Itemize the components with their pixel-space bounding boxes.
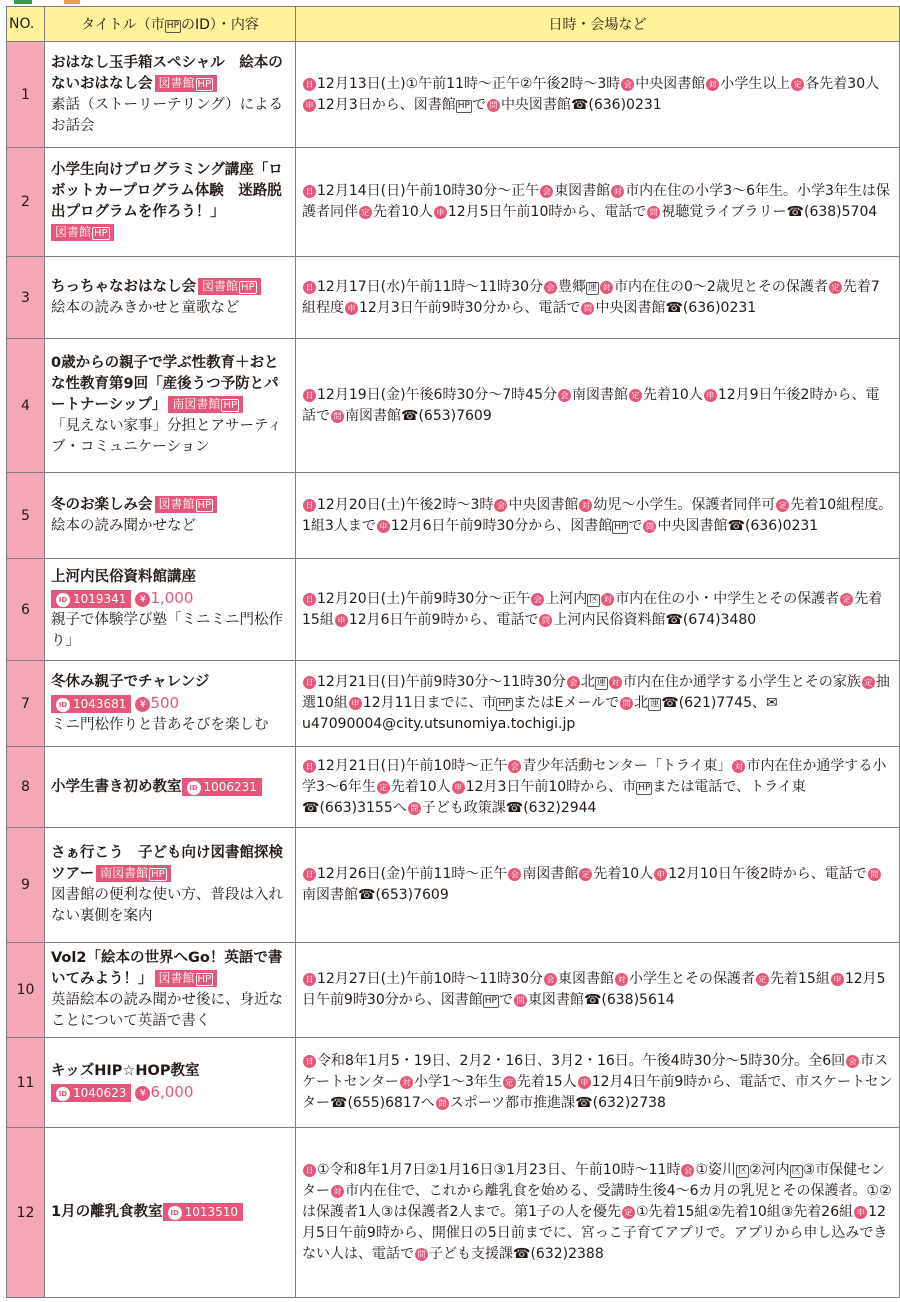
inquiry-text: 南図書館 xyxy=(302,887,358,903)
table-row: 1 おはなし玉手箱スペシャル 絵本のないおはなし会図書館HP 素話（ストーリーテ… xyxy=(7,42,900,148)
target-icon: 対 xyxy=(611,185,624,198)
apply-icon: 申 xyxy=(377,520,390,533)
date-icon: 日 xyxy=(303,281,316,294)
row-title-cell: 0歳からの親子で学ぶ性教育＋おとな性教育第9回「産後うつ予防とパートナーシップ」… xyxy=(45,339,296,473)
inquiry-icon: 問 xyxy=(620,697,633,710)
community-center-icon: 運 xyxy=(648,698,661,711)
row-info-cell: 日12月14日(日)午前10時30分～正午会東図書館対市内在住の小学3～6年生。… xyxy=(296,148,900,257)
inquiry-text: 東図書館 xyxy=(528,992,584,1008)
phone-icon: ☎ xyxy=(513,1246,530,1262)
venue-text: 東図書館 xyxy=(558,971,614,987)
events-table: NO. タイトル（市HPのID）・内容 日時・会場など 1 おはなし玉手箱スペシ… xyxy=(6,6,900,1298)
row-title-cell: キッズHIP☆HOP教室 ID1040623¥6,000 xyxy=(45,1038,296,1128)
date-text: ①令和8年1月7日②1月16日③1月23日、午前10時～11時 xyxy=(317,1162,680,1178)
row-info-cell: 日12月17日(水)午前11時～11時30分会豊郷運対市内在住の0～2歳児とその… xyxy=(296,257,900,339)
inquiry-text: 上河内民俗資料館 xyxy=(553,612,665,628)
orange-tab-marker xyxy=(64,0,80,4)
row-number: 2 xyxy=(7,148,45,257)
yen-icon: ¥ xyxy=(135,592,150,607)
target-icon: 対 xyxy=(601,593,614,606)
id-number: 1006231 xyxy=(204,780,257,794)
community-center-icon: 運 xyxy=(595,677,608,690)
capacity-icon: 定 xyxy=(829,281,842,294)
apply-text: 12月3日から、図書館 xyxy=(317,97,456,113)
badge-label: 南図書館 xyxy=(172,397,220,411)
event-title: ちっちゃなおはなし会 xyxy=(51,279,196,295)
event-description: 図書館の便利な使い方、普段は入れない裏側を案内 xyxy=(51,887,283,924)
capacity-text: 各先着30人 xyxy=(805,76,879,92)
row-title-cell: 1月の離乳食教室ID1013510 xyxy=(45,1128,296,1298)
hp-icon: HP xyxy=(92,227,110,240)
capacity-icon: 定 xyxy=(776,499,789,512)
venue-text: ②河内 xyxy=(749,1162,790,1178)
apply-text: またはEメールで xyxy=(513,695,620,711)
event-title: キッズHIP☆HOP教室 xyxy=(51,1063,199,1079)
date-icon: 日 xyxy=(303,676,316,689)
header-title-text: タイトル（市 xyxy=(81,17,165,33)
venue-icon: 会 xyxy=(540,185,553,198)
inquiry-icon: 問 xyxy=(647,206,660,219)
id-number: 1019341 xyxy=(73,592,126,606)
row-number: 4 xyxy=(7,339,45,473)
venue-text: 東図書館 xyxy=(554,183,610,199)
date-icon: 日 xyxy=(303,499,316,512)
row-title-cell: ちっちゃなおはなし会図書館HP 絵本の読みきかせと童歌など xyxy=(45,257,296,339)
target-icon: 対 xyxy=(400,1076,413,1089)
row-number: 5 xyxy=(7,473,45,559)
header-title-text: のID）・内容 xyxy=(181,17,259,33)
district-office-icon: 区 xyxy=(736,1165,749,1178)
phone-number: (653)7609 xyxy=(375,887,448,903)
district-office-icon: 区 xyxy=(790,1165,803,1178)
target-icon: 対 xyxy=(732,760,745,773)
apply-text: で xyxy=(628,518,642,534)
table-row: 11 キッズHIP☆HOP教室 ID1040623¥6,000 日令和8年1月5… xyxy=(7,1038,900,1128)
inquiry-icon: 問 xyxy=(581,302,594,315)
date-text: 12月20日(土)午後2時～3時 xyxy=(317,497,493,513)
date-text: 12月21日(日)午前10時～正午 xyxy=(317,758,507,774)
venue-icon: 会 xyxy=(544,281,557,294)
title-part: キッズ xyxy=(51,1063,94,1079)
row-number: 7 xyxy=(7,661,45,747)
hp-icon: HP xyxy=(456,100,472,113)
library-hp-badge[interactable]: 南図書館HP xyxy=(96,865,171,882)
venue-icon: 会 xyxy=(544,973,557,986)
title-part: HOP xyxy=(135,1063,170,1079)
capacity-text: 先着15組 xyxy=(770,971,830,987)
event-description: 英語絵本の読み聞かせ後に、身近なことについて英語で書く xyxy=(51,992,283,1029)
table-row: 2 小学生向けプログラミング講座「ロボットカープログラム体験 迷路脱出プログラム… xyxy=(7,148,900,257)
row-title-cell: さぁ行こう 子ども向け図書館探検ツアー南図書館HP 図書館の便利な使い方、普段は… xyxy=(45,828,296,943)
phone-number: (653)7609 xyxy=(418,408,491,424)
hp-icon: HP xyxy=(149,868,167,881)
hp-icon: HP xyxy=(483,995,499,1008)
id-number: 1013510 xyxy=(185,1205,238,1219)
venue-text: 中央図書館 xyxy=(508,497,578,513)
inquiry-icon: 問 xyxy=(514,994,527,1007)
apply-icon: 申 xyxy=(578,1076,591,1089)
phone-icon: ☎ xyxy=(571,97,588,113)
venue-text: ①姿川 xyxy=(695,1162,736,1178)
capacity-icon: 定 xyxy=(840,593,853,606)
capacity-icon: 定 xyxy=(503,1076,516,1089)
phone-icon: ☎ xyxy=(575,1095,592,1111)
district-office-icon: 区 xyxy=(587,594,600,607)
phone-number: (636)0231 xyxy=(745,518,818,534)
capacity-icon: 定 xyxy=(359,206,372,219)
id-icon: ID xyxy=(56,698,70,712)
phone-number: (638)5614 xyxy=(601,992,674,1008)
library-hp-badge[interactable]: 図書館HP xyxy=(198,278,261,295)
event-description: 「見えない家事」分担とアサーティブ・コミュニケーション xyxy=(51,418,282,455)
phone-number: (621)7745、 xyxy=(679,695,766,711)
id-icon: ID xyxy=(168,1206,182,1220)
venue-text: 豊郷 xyxy=(558,279,586,295)
apply-icon: 申 xyxy=(434,206,447,219)
apply-icon: 申 xyxy=(704,389,717,402)
apply-text: または電話で、トライ東 xyxy=(652,779,805,795)
target-text: 小学生とその保護者 xyxy=(629,971,755,987)
inquiry-icon: 問 xyxy=(539,614,552,627)
row-number: 11 xyxy=(7,1038,45,1128)
title-part: Vol2「絵本の世界へ xyxy=(51,950,188,966)
table-row: 5 冬のお楽しみ会図書館HP 絵本の読み聞かせなど 日12月20日(土)午後2時… xyxy=(7,473,900,559)
date-icon: 日 xyxy=(303,868,316,881)
event-title: 0歳からの親子で学ぶ性教育＋おとな性教育第9回「産後うつ予防とパートナーシップ」 xyxy=(51,355,279,413)
library-hp-badge[interactable]: 図書館HP xyxy=(155,496,218,513)
title-part: HIP xyxy=(94,1063,122,1079)
target-icon: 対 xyxy=(331,1185,344,1198)
capacity-text: 先着15人 xyxy=(517,1074,577,1090)
venue-icon: 会 xyxy=(508,868,521,881)
event-title: 上河内民俗資料館講座 xyxy=(51,569,196,585)
row-number: 9 xyxy=(7,828,45,943)
table-row: 7 冬休み親子でチャレンジ ID1043681¥500 ミニ門松作りと昔あそびを… xyxy=(7,661,900,747)
inquiry-text: 子ども政策課 xyxy=(422,800,506,816)
fee-amount: 500 xyxy=(150,694,179,712)
event-description: 素話（ストーリーテリング）によるお話会 xyxy=(51,97,283,134)
apply-icon: 申 xyxy=(335,614,348,627)
phone-icon: ☎ xyxy=(358,887,375,903)
row-title-cell: 冬休み親子でチャレンジ ID1043681¥500 ミニ門松作りと昔あそびを楽し… xyxy=(45,661,296,747)
hp-icon: HP xyxy=(496,698,512,711)
capacity-text: 先着10人 xyxy=(373,204,433,220)
city-hp-id-badge[interactable]: ID1006231 xyxy=(182,778,262,796)
apply-icon: 申 xyxy=(345,302,358,315)
row-title-cell: 冬のお楽しみ会図書館HP 絵本の読み聞かせなど xyxy=(45,473,296,559)
venue-icon: 会 xyxy=(846,1055,859,1068)
capacity-icon: 定 xyxy=(377,781,390,794)
yen-icon: ¥ xyxy=(135,1086,150,1101)
date-icon: 日 xyxy=(303,1055,316,1068)
row-title-cell: 上河内民俗資料館講座 ID1019341¥1,000 親子で体験学び塾「ミニミニ… xyxy=(45,559,296,661)
date-text: 令和8年1月5・19日、2月2・16日、3月2・16日。午後4時30分～5時30… xyxy=(317,1053,845,1069)
inquiry-text: 視聴覚ライブラリー xyxy=(661,204,786,220)
fee: ¥6,000 xyxy=(135,1083,193,1101)
library-hp-badge[interactable]: 図書館HP xyxy=(51,224,114,241)
hp-icon: HP xyxy=(196,973,214,986)
star-icon: ☆ xyxy=(122,1063,135,1079)
phone-number: (632)2388 xyxy=(530,1246,603,1262)
row-number: 1 xyxy=(7,42,45,148)
phone-number: (632)2738 xyxy=(593,1095,666,1111)
capacity-icon: 定 xyxy=(629,389,642,402)
table-row: 8 小学生書き初め教室ID1006231 日12月21日(日)午前10時～正午会… xyxy=(7,747,900,828)
table-row: 6 上河内民俗資料館講座 ID1019341¥1,000 親子で体験学び塾「ミニ… xyxy=(7,559,900,661)
venue-icon: 会 xyxy=(494,499,507,512)
venue-text: 南図書館 xyxy=(572,387,628,403)
venue-text: 南図書館 xyxy=(522,866,578,882)
date-text: 12月13日(土)①午前11時～正午②午後2時～3時 xyxy=(317,76,620,92)
target-text: 市内在住の小・中学生とその保護者 xyxy=(615,591,839,607)
capacity-icon: 定 xyxy=(622,1206,635,1219)
event-description: 絵本の読み聞かせなど xyxy=(51,518,196,534)
row-info-cell: 日12月26日(金)午前11時～正午会南図書館定先着10人申12月10日午後2時… xyxy=(296,828,900,943)
badge-label: 南図書館 xyxy=(100,866,148,880)
event-title: 小学生向けプログラミング講座「ロボットカープログラム体験 迷路脱出プログラムを作… xyxy=(51,162,283,220)
inquiry-text: 子ども支援課 xyxy=(429,1246,513,1262)
date-text: 12月21日(日)午前9時30分～11時30分 xyxy=(317,674,566,690)
table-row: 12 1月の離乳食教室ID1013510 日①令和8年1月7日②1月16日③1月… xyxy=(7,1128,900,1298)
date-text: 12月19日(金)午後6時30分～7時45分 xyxy=(317,387,557,403)
event-description: 親子で体験学び塾「ミニミニ門松作り」 xyxy=(51,612,283,649)
green-tab-marker xyxy=(14,0,32,4)
hp-icon: HP xyxy=(636,782,652,795)
badge-label: 図書館 xyxy=(159,76,195,90)
date-icon: 日 xyxy=(303,973,316,986)
event-title: 冬休み親子でチャレンジ xyxy=(51,674,209,690)
capacity-text: 先着10人 xyxy=(593,866,653,882)
venue-icon: 会 xyxy=(681,1164,694,1177)
row-number: 10 xyxy=(7,943,45,1038)
library-hp-badge[interactable]: 図書館HP xyxy=(155,75,218,92)
target-icon: 対 xyxy=(609,676,622,689)
venue-icon: 会 xyxy=(558,389,571,402)
hp-icon: HP xyxy=(196,78,214,91)
date-icon: 日 xyxy=(303,389,316,402)
target-text: 市内在住の0～2歳児とその保護者 xyxy=(614,279,828,295)
badge-label: 図書館 xyxy=(159,971,195,985)
inquiry-text: 北 xyxy=(634,695,648,711)
header-info: 日時・会場など xyxy=(296,7,900,42)
capacity-text: 先着10人 xyxy=(643,387,703,403)
venue-icon: 会 xyxy=(567,676,580,689)
date-text: 12月20日(土)午前9時30分～正午 xyxy=(317,591,530,607)
capacity-icon: 定 xyxy=(791,78,804,91)
table-header-row: NO. タイトル（市HPのID）・内容 日時・会場など xyxy=(7,7,900,42)
venue-text: 北 xyxy=(581,674,595,690)
id-icon: ID xyxy=(56,1087,70,1101)
row-title-cell: Vol2「絵本の世界へGo！英語で書いてみよう！」図書館HP 英語絵本の読み聞か… xyxy=(45,943,296,1038)
table-row: 10 Vol2「絵本の世界へGo！英語で書いてみよう！」図書館HP 英語絵本の読… xyxy=(7,943,900,1038)
inquiry-icon: 問 xyxy=(331,410,344,423)
apply-icon: 申 xyxy=(452,781,465,794)
target-text: 幼児～小学生。保護者同伴可 xyxy=(593,497,775,513)
phone-icon: ☎ xyxy=(661,695,678,711)
target-text: 市内在住か通学する小学生とその家族 xyxy=(623,674,861,690)
hp-icon: HP xyxy=(239,281,257,294)
row-info-cell: 日12月19日(金)午後6時30分～7時45分会南図書館定先着10人申12月9日… xyxy=(296,339,900,473)
apply-text: 12月11日までに、市 xyxy=(363,695,497,711)
title-part: Go xyxy=(188,950,210,966)
venue-icon: 会 xyxy=(621,78,634,91)
phone-number: (663)3155へ xyxy=(319,800,406,816)
phone-number: (636)0231 xyxy=(588,97,661,113)
email-link[interactable]: u47090004@city.utsunomiya.tochigi.jp xyxy=(302,716,575,732)
table-row: 9 さぁ行こう 子ども向け図書館探検ツアー南図書館HP 図書館の便利な使い方、普… xyxy=(7,828,900,943)
apply-icon: 申 xyxy=(654,868,667,881)
apply-text: 12月6日午前9時から、電話で xyxy=(349,612,539,628)
apply-text: 12月5日午前10時から、電話で xyxy=(448,204,647,220)
city-hp-id-badge[interactable]: ID1013510 xyxy=(163,1203,243,1221)
row-info-cell: 日12月27日(土)午前10時～11時30分会東図書館対小学生とその保護者定先着… xyxy=(296,943,900,1038)
capacity-icon: 定 xyxy=(862,676,875,689)
apply-text: 12月3日午前10時から、市 xyxy=(466,779,637,795)
header-title: タイトル（市HPのID）・内容 xyxy=(45,7,296,42)
date-text: 12月27日(土)午前10時～11時30分 xyxy=(317,971,543,987)
event-title: 小学生書き初め教室 xyxy=(51,779,182,795)
phone-number: (655)6817へ xyxy=(347,1095,434,1111)
row-info-cell: 日令和8年1月5・19日、2月2・16日、3月2・16日。午後4時30分～5時3… xyxy=(296,1038,900,1128)
event-description: ミニ門松作りと昔あそびを楽しむ xyxy=(51,717,269,733)
row-info-cell: 日12月13日(土)①午前11時～正午②午後2時～3時会中央図書館対小学生以上定… xyxy=(296,42,900,148)
inquiry-icon: 問 xyxy=(415,1248,428,1261)
hp-icon: HP xyxy=(196,499,214,512)
phone-icon: ☎ xyxy=(665,612,682,628)
capacity-icon: 定 xyxy=(579,868,592,881)
row-title-cell: 小学生書き初め教室ID1006231 xyxy=(45,747,296,828)
date-text: 12月26日(金)午前11時～正午 xyxy=(317,866,507,882)
date-icon: 日 xyxy=(303,760,316,773)
yen-icon: ¥ xyxy=(135,697,150,712)
inquiry-icon: 問 xyxy=(487,99,500,112)
city-hp-id-badge[interactable]: ID1019341 xyxy=(51,590,131,608)
target-icon: 対 xyxy=(706,78,719,91)
id-icon: ID xyxy=(187,781,201,795)
date-icon: 日 xyxy=(303,593,316,606)
apply-icon: 申 xyxy=(349,697,362,710)
id-number: 1040623 xyxy=(73,1086,126,1100)
badge-label: 図書館 xyxy=(202,279,238,293)
venue-text: 青少年活動センター「トライ東」 xyxy=(522,758,731,774)
apply-text: で xyxy=(499,992,513,1008)
library-hp-badge[interactable]: 図書館HP xyxy=(155,970,218,987)
apply-icon: 申 xyxy=(854,1206,867,1219)
apply-text: 12月10日午後2時から、電話で xyxy=(668,866,867,882)
city-hp-id-badge[interactable]: ID1040623 xyxy=(51,1084,131,1102)
hp-icon: HP xyxy=(165,20,181,33)
inquiry-icon: 問 xyxy=(868,868,881,881)
id-icon: ID xyxy=(56,593,70,607)
venue-icon: 会 xyxy=(531,593,544,606)
apply-icon: 申 xyxy=(303,99,316,112)
date-icon: 日 xyxy=(303,1164,316,1177)
inquiry-text: 中央図書館 xyxy=(657,518,727,534)
row-number: 8 xyxy=(7,747,45,828)
event-title: 1月の離乳食教室 xyxy=(51,1204,163,1220)
inquiry-text: 中央図書館 xyxy=(595,300,665,316)
capacity-text: ①先着15組②先着10組③先着26組 xyxy=(636,1204,853,1220)
row-number: 3 xyxy=(7,257,45,339)
mail-icon: ✉ xyxy=(766,695,778,711)
row-title-cell: おはなし玉手箱スペシャル 絵本のないおはなし会図書館HP 素話（ストーリーテリン… xyxy=(45,42,296,148)
table-row: 3 ちっちゃなおはなし会図書館HP 絵本の読みきかせと童歌など 日12月17日(… xyxy=(7,257,900,339)
phone-icon: ☎ xyxy=(506,800,523,816)
phone-number: (632)2944 xyxy=(523,800,596,816)
inquiry-text: 南図書館 xyxy=(345,408,401,424)
row-info-cell: 日①令和8年1月7日②1月16日③1月23日、午前10時～11時会①姿川区②河内… xyxy=(296,1128,900,1298)
apply-icon: 申 xyxy=(831,973,844,986)
row-number: 12 xyxy=(7,1128,45,1298)
community-center-icon: 運 xyxy=(586,282,599,295)
phone-icon: ☎ xyxy=(727,518,744,534)
fee: ¥1,000 xyxy=(135,589,193,607)
phone-icon: ☎ xyxy=(401,408,418,424)
phone-icon: ☎ xyxy=(665,300,682,316)
target-text: 小学生以上 xyxy=(720,76,790,92)
event-title: 冬のお楽しみ会 xyxy=(51,497,153,513)
capacity-text: 先着10人 xyxy=(391,779,451,795)
row-info-cell: 日12月21日(日)午前10時～正午会青少年活動センター「トライ東」対市内在住か… xyxy=(296,747,900,828)
target-icon: 対 xyxy=(615,973,628,986)
inquiry-icon: 問 xyxy=(643,520,656,533)
venue-icon: 会 xyxy=(508,760,521,773)
fee: ¥500 xyxy=(135,694,179,712)
library-hp-badge[interactable]: 南図書館HP xyxy=(168,396,243,413)
hp-icon: HP xyxy=(221,399,239,412)
inquiry-text: 中央図書館 xyxy=(501,97,571,113)
phone-icon: ☎ xyxy=(330,1095,347,1111)
phone-icon: ☎ xyxy=(584,992,601,1008)
date-text: 12月14日(日)午前10時30分～正午 xyxy=(317,183,539,199)
inquiry-icon: 問 xyxy=(436,1097,449,1110)
row-info-cell: 日12月21日(日)午前9時30分～11時30分会北運対市内在住か通学する小学生… xyxy=(296,661,900,747)
event-description: 絵本の読みきかせと童歌など xyxy=(51,300,240,316)
date-icon: 日 xyxy=(303,185,316,198)
title-part: 教室 xyxy=(170,1063,199,1079)
venue-text: 上河内 xyxy=(545,591,587,607)
phone-number: (636)0231 xyxy=(683,300,756,316)
id-number: 1043681 xyxy=(73,697,126,711)
row-info-cell: 日12月20日(土)午後2時～3時会中央図書館対幼児～小学生。保護者同伴可定先着… xyxy=(296,473,900,559)
inquiry-text: スポーツ都市推進課 xyxy=(450,1095,575,1111)
target-icon: 対 xyxy=(579,499,592,512)
capacity-icon: 定 xyxy=(756,973,769,986)
phone-number: (638)5704 xyxy=(804,204,877,220)
row-number: 6 xyxy=(7,559,45,661)
city-hp-id-badge[interactable]: ID1043681 xyxy=(51,695,131,713)
fee-amount: 1,000 xyxy=(150,589,193,607)
row-title-cell: 小学生向けプログラミング講座「ロボットカープログラム体験 迷路脱出プログラムを作… xyxy=(45,148,296,257)
apply-text: で xyxy=(472,97,486,113)
table-row: 4 0歳からの親子で学ぶ性教育＋おとな性教育第9回「産後うつ予防とパートナーシッ… xyxy=(7,339,900,473)
row-info-cell: 日12月20日(土)午前9時30分～正午会上河内区対市内在住の小・中学生とその保… xyxy=(296,559,900,661)
target-text: 小学1～3年生 xyxy=(414,1074,502,1090)
fee-amount: 6,000 xyxy=(150,1083,193,1101)
header-no: NO. xyxy=(7,7,45,42)
inquiry-icon: 問 xyxy=(408,802,421,815)
target-icon: 対 xyxy=(600,281,613,294)
badge-label: 図書館 xyxy=(159,497,195,511)
apply-text: 12月6日午前9時30分から、図書館 xyxy=(391,518,612,534)
venue-text: 中央図書館 xyxy=(635,76,705,92)
badge-label: 図書館 xyxy=(55,225,91,239)
apply-text: 12月3日午前9時30分から、電話で xyxy=(359,300,580,316)
date-text: 12月17日(水)午前11時～11時30分 xyxy=(317,279,543,295)
phone-icon: ☎ xyxy=(787,204,804,220)
hp-icon: HP xyxy=(612,521,628,534)
date-icon: 日 xyxy=(303,78,316,91)
